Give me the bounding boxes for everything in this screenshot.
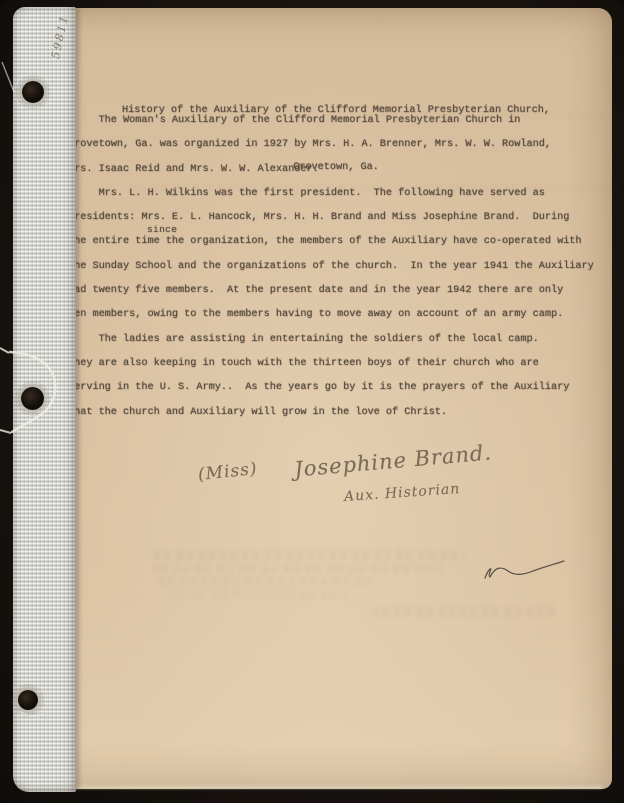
- typed-line: that the church and Auxiliary will grow …: [68, 401, 608, 425]
- typed-line: the Sunday School and the organizations …: [68, 255, 608, 279]
- document-scan: History of the Auxiliary of the Clifford…: [0, 0, 624, 803]
- punch-hole: [18, 690, 38, 710]
- typed-body: The Woman's Auxiliary of the Clifford Me…: [68, 109, 608, 425]
- bleedthrough-smudge: [152, 564, 442, 573]
- typed-line: Grovetown, Ga. was organized in 1927 by …: [68, 133, 608, 157]
- typed-line: Mrs. L. H. Wilkins was the first preside…: [68, 182, 608, 206]
- punch-hole: [21, 387, 44, 410]
- bleedthrough-smudge: [168, 591, 348, 598]
- bleedthrough-smudge: [155, 550, 465, 560]
- typed-line: Mrs. Isaac Reid and Mrs. W. W. Alexander…: [68, 158, 608, 182]
- typed-line: ten members, owing to the members having…: [68, 303, 608, 327]
- typed-line: serving in the U. S. Army.. As the years…: [68, 376, 608, 400]
- pen-mark: [478, 555, 570, 585]
- typed-line: had twenty five members. At the present …: [68, 279, 608, 303]
- bleedthrough-smudge: [373, 606, 558, 617]
- typed-line: The ladies are assisting in entertaining…: [68, 328, 608, 352]
- typed-line: The Woman's Auxiliary of the Clifford Me…: [68, 109, 608, 133]
- bleedthrough-smudge: [158, 577, 373, 586]
- punch-hole: [22, 81, 44, 103]
- typed-line: They are also keeping in touch with the …: [68, 352, 608, 376]
- typed-insertion: since: [147, 224, 177, 235]
